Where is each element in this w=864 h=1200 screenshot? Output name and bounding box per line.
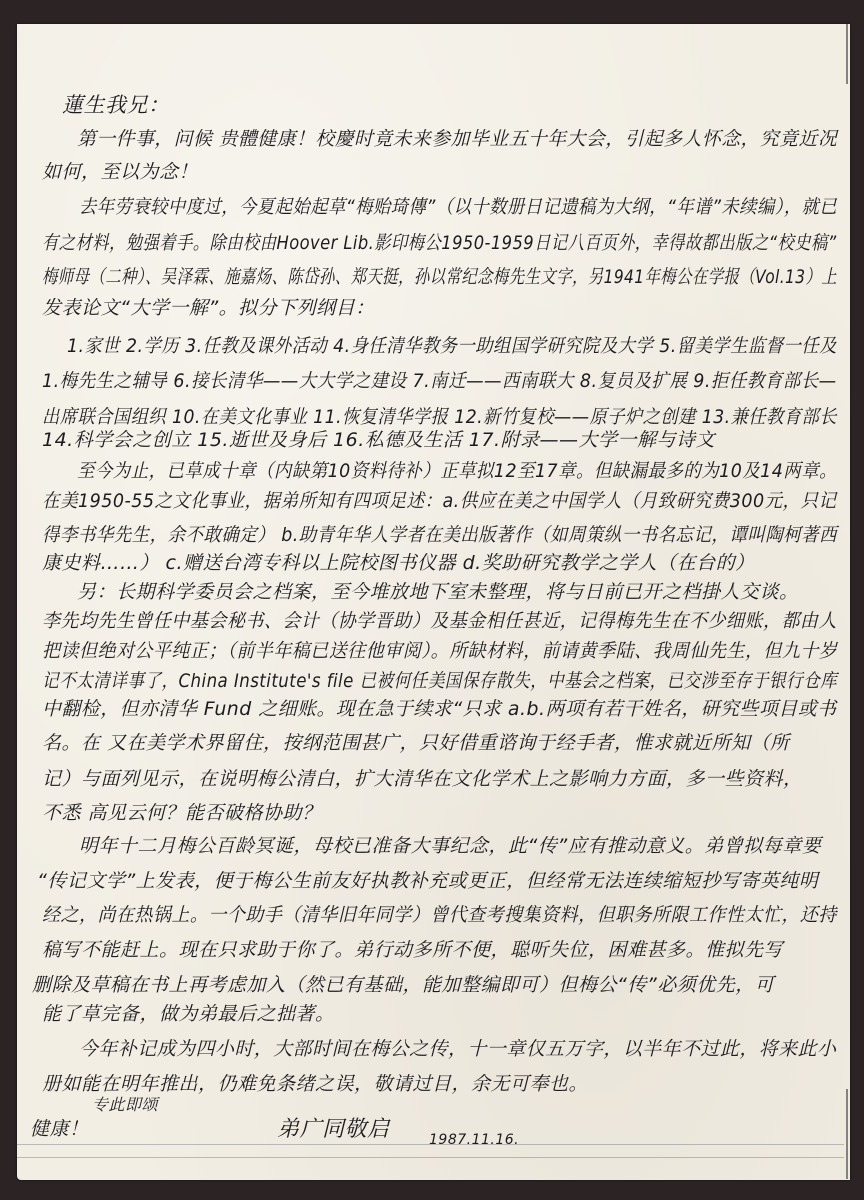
salutation: 蓮生我兄： [62,89,170,119]
letter-line: 名。在 又在美学术界留住，按纲范围甚广，只好借重谘询于经手者，惟求就近所知（所 [42,728,790,755]
letter-line: 在美1950-55之文化事业，据弟所知有四项足述：a.供应在美之中国学人（月致研… [42,486,837,513]
signature: 弟广同敬启 [277,1112,390,1143]
letter-line: 康史料……） c.赠送台湾专科以上院校图书仪器 d.奖助研究教学之学人（在台的） [42,548,755,575]
paper-rule [17,1157,844,1158]
paper-rule [17,1144,844,1145]
letter-line: 1.梅先生之辅导 6.接长清华——大大学之建设 7.南迁——西南联大 8.复员及… [42,366,837,393]
page-edge-shadow [846,1089,848,1179]
letter-line: 第一件事，问候 贵體健康！校慶时竟未来参加毕业五十年大会，引起多人怀念，究竟近况 [77,124,837,151]
letter-line: 去年劳衰较中度过，今夏起始起草“梅贻琦傳”（以十数册日记遗稿为大纲，“年谱”未续… [79,192,837,219]
letter-page: 蓮生我兄： 第一件事，问候 贵體健康！校慶时竟未来参加毕业五十年大会，引起多人怀… [17,24,850,1180]
letter-line: 发表论文“大学一解”。拟分下列纲目： [42,293,375,320]
letter-line: 另：长期科学委员会之档案，至今堆放地下室未整理，将与日前已开之档掛人交谈。 [77,577,799,604]
letter-line: 记）与面列见示，在说明梅公清白，扩大清华在文化学术上之影响力方面，多一些资料， [42,764,803,791]
letter-line: 不悉 高见云何？能否破格协助？ [42,798,322,825]
letter-line: 把读但绝对公平纯正；（前半年稿已送往他审阅）。所缺材料，前请黄季陆、我周仙先生，… [42,636,837,663]
letter-line: 14.科学会之创立 15.逝世及身后 16.私德及生活 17.附录——大学一解与… [42,425,715,452]
letter-line: 中翻检，但亦清华 Fund 之细账。现在急于续求“只求 a.b.两项有若干姓名，… [42,694,837,721]
letter-line: 得李书华先生，余不敢确定） b.助青年华人学者在美出版著作（如周策纵一书名忘记，… [42,520,837,547]
letter-line: 今年补记成为四小时，大部时间在梅公之传，十一章仅五万字，以半年不过此，将来此小 [79,1034,836,1061]
letter-line: 能了草完备，做为弟最后之拙著。 [42,999,335,1026]
letter-line: 至今为止，已草成十章（内缺第10资料待补）正草拟12至17章。但缺漏最多的为10… [77,456,837,483]
letter-line: 经之，尚在热锅上。一个助手（清华旧年同学）曾代查考搜集资料，但职务所限工作性太忙… [42,900,837,927]
letter-line: 1.家世 2.学历 3.任教及课外活动 4.身任清华教务一助组国学研究院及大学 … [67,331,837,358]
letter-line: “传记文学”上发表，便于梅公生前友好执教补充或更正，但经常无法连续缩短抄写寄英纯… [37,866,818,893]
letter-line: 如何，至以为念！ [42,157,198,184]
letter-line: 记不太清详事了，China Institute's file 已被何任美国保存散… [42,666,837,693]
letter-line: 删除及草稿在书上再考虑加入（然已有基础，能加整编即可）但梅公“传”必须优先，可 [32,970,774,997]
letter-line: 有之材料，勉强着手。除由校由Hoover Lib.影印梅公1950-1959日记… [42,228,837,255]
letter-line: 梅师母（二种）、吴泽霖、施嘉炀、陈岱孙、郑天挺，孙以常纪念梅先生文字，另1941… [42,262,837,289]
letter-line: 李先均先生曾任中基会秘书、会计（协学晋助）及基金相任甚近，记得梅先生在不少细账，… [42,606,837,633]
letter-line: 明年十二月梅公百龄冥诞，母校已准备大事纪念，此“传”应有推动意义。弟曾拟每章要 [79,831,821,858]
letter-date: 1987.11.16. [429,1132,519,1148]
letter-line: 稿写不能赶上。现在只求助于你了。弟行动多所不便，聪听失位，困难甚多。惟拟先写 [42,935,783,962]
page-edge-shadow [846,24,848,84]
closing: 健康！ [30,1114,89,1141]
postscript: 专此即颂 [92,1092,158,1115]
